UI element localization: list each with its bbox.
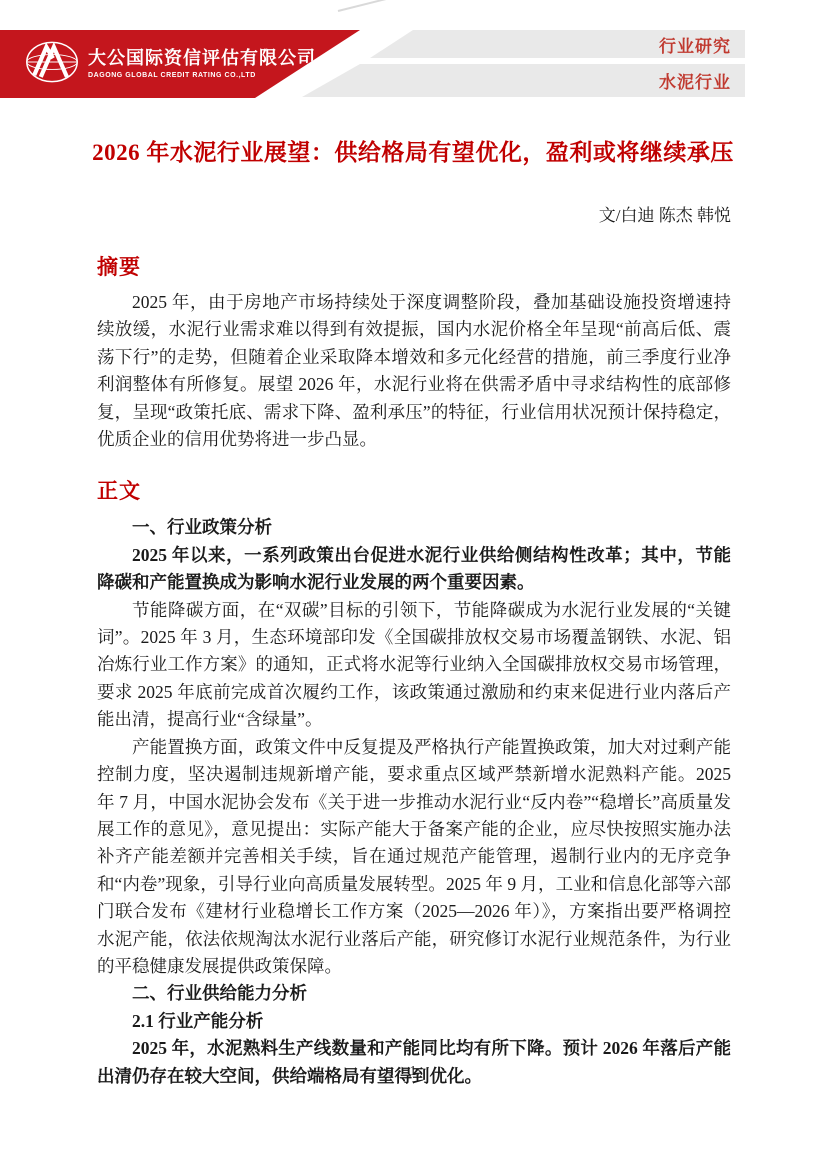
abstract-heading: 摘要 <box>97 253 826 281</box>
section-heading-supply: 二、行业供给能力分析 <box>97 980 731 1007</box>
paragraph-carbon-reduction: 节能降碳方面，在“双碳”目标的引领下，节能降碳成为水泥行业发展的“关键词”。20… <box>97 597 731 734</box>
paragraph-capacity-swap: 产能置换方面，政策文件中反复提及严格执行产能置换政策，加大对过剩产能控制力度，坚… <box>97 734 731 981</box>
category-bar-cement: 水泥行业 <box>295 64 745 97</box>
section-heading-policy: 一、行业政策分析 <box>97 514 731 541</box>
brand-text: 大公国际资信评估有限公司 DAGONG GLOBAL CREDIT RATING… <box>88 49 316 79</box>
category-bar-research: 行业研究 <box>365 30 745 58</box>
abstract-paragraph: 2025 年，由于房地产市场持续处于深度调整阶段，叠加基础设施投资增速持续放缓，… <box>97 289 731 453</box>
body-sections: 一、行业政策分析 2025 年以来，一系列政策出台促进水泥行业供给侧结构性改革；… <box>97 514 731 1090</box>
subsection-heading-capacity: 2.1 行业产能分析 <box>97 1008 731 1035</box>
category-label-research: 行业研究 <box>659 32 745 57</box>
diagonal-decor-stripe <box>338 0 387 12</box>
company-name-cn: 大公国际资信评估有限公司 <box>88 49 316 69</box>
category-label-cement: 水泥行业 <box>659 68 745 93</box>
byline: 文/白迪 陈杰 韩悦 <box>0 201 826 226</box>
dagong-globe-logo-icon <box>24 39 80 90</box>
body-heading: 正文 <box>97 477 826 505</box>
page-header: 大公国际资信评估有限公司 DAGONG GLOBAL CREDIT RATING… <box>0 0 826 98</box>
report-page: 大公国际资信评估有限公司 DAGONG GLOBAL CREDIT RATING… <box>0 0 826 1169</box>
paragraph-policy-summary: 2025 年以来，一系列政策出台促进水泥行业供给侧结构性改革；其中，节能降碳和产… <box>97 542 731 597</box>
brand-banner: 大公国际资信评估有限公司 DAGONG GLOBAL CREDIT RATING… <box>0 30 360 98</box>
page-number: 1 <box>0 1064 826 1080</box>
paragraph-capacity-summary: 2025 年，水泥熟料生产线数量和产能同比均有所下降。预计 2026 年落后产能… <box>97 1035 731 1090</box>
report-title: 2026 年水泥行业展望：供给格局有望优化，盈利或将继续承压 <box>48 138 778 168</box>
company-name-en: DAGONG GLOBAL CREDIT RATING CO.,LTD <box>88 72 316 80</box>
